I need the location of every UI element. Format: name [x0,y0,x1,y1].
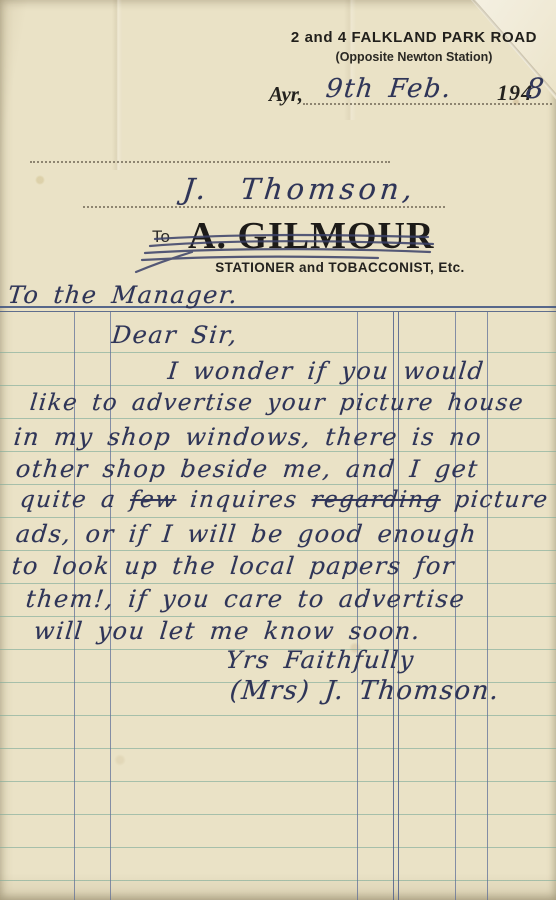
struck-word: few [129,487,178,513]
letter-line-with-strikeouts: quite a few inquires regarding picture [19,487,550,513]
letter-closing: Yrs Faithfully [225,646,417,674]
letter-text: inquires [175,487,313,513]
handwritten-addressee: J. Thomson, [181,172,418,206]
struck-word: regarding [310,487,442,513]
letter-line: will you let me know soon. [33,617,423,645]
place-label: Ayr, [269,82,303,107]
addressee-dotted-line [83,206,445,208]
letter-line: them!, if you care to advertise [25,585,467,613]
letter-text: quite a [19,487,132,513]
letter-line-to-manager: To the Manager. [7,281,240,309]
blank-dotted-line [30,161,390,163]
paper-crease [112,0,122,170]
letter-salutation: Dear Sir, [111,321,240,349]
handwritten-year-digit: 8 [524,72,547,105]
letter-line: like to advertise your picture house [29,390,526,416]
letter-scan-page: 2 and 4 FALKLAND PARK ROAD (Opposite New… [0,0,556,900]
signature: (Mrs) J. Thomson. [228,676,501,706]
letter-line: ads, or if I will be good enough [15,520,479,548]
letterhead-address-line1: 2 and 4 FALKLAND PARK ROAD [286,29,542,46]
letterhead-address-line2: (Opposite Newton Station) [286,50,542,64]
letter-text: picture [439,487,550,513]
business-subtitle: STATIONER and TOBACCONIST, Etc. [140,260,540,275]
letter-line: to look up the local papers for [11,552,457,580]
letter-line: in my shop windows, there is no [13,423,484,451]
letter-line: I wonder if you would [167,357,486,385]
letter-line: other shop beside me, and I get [15,455,481,483]
handwritten-date: 9th Feb. [324,74,453,104]
